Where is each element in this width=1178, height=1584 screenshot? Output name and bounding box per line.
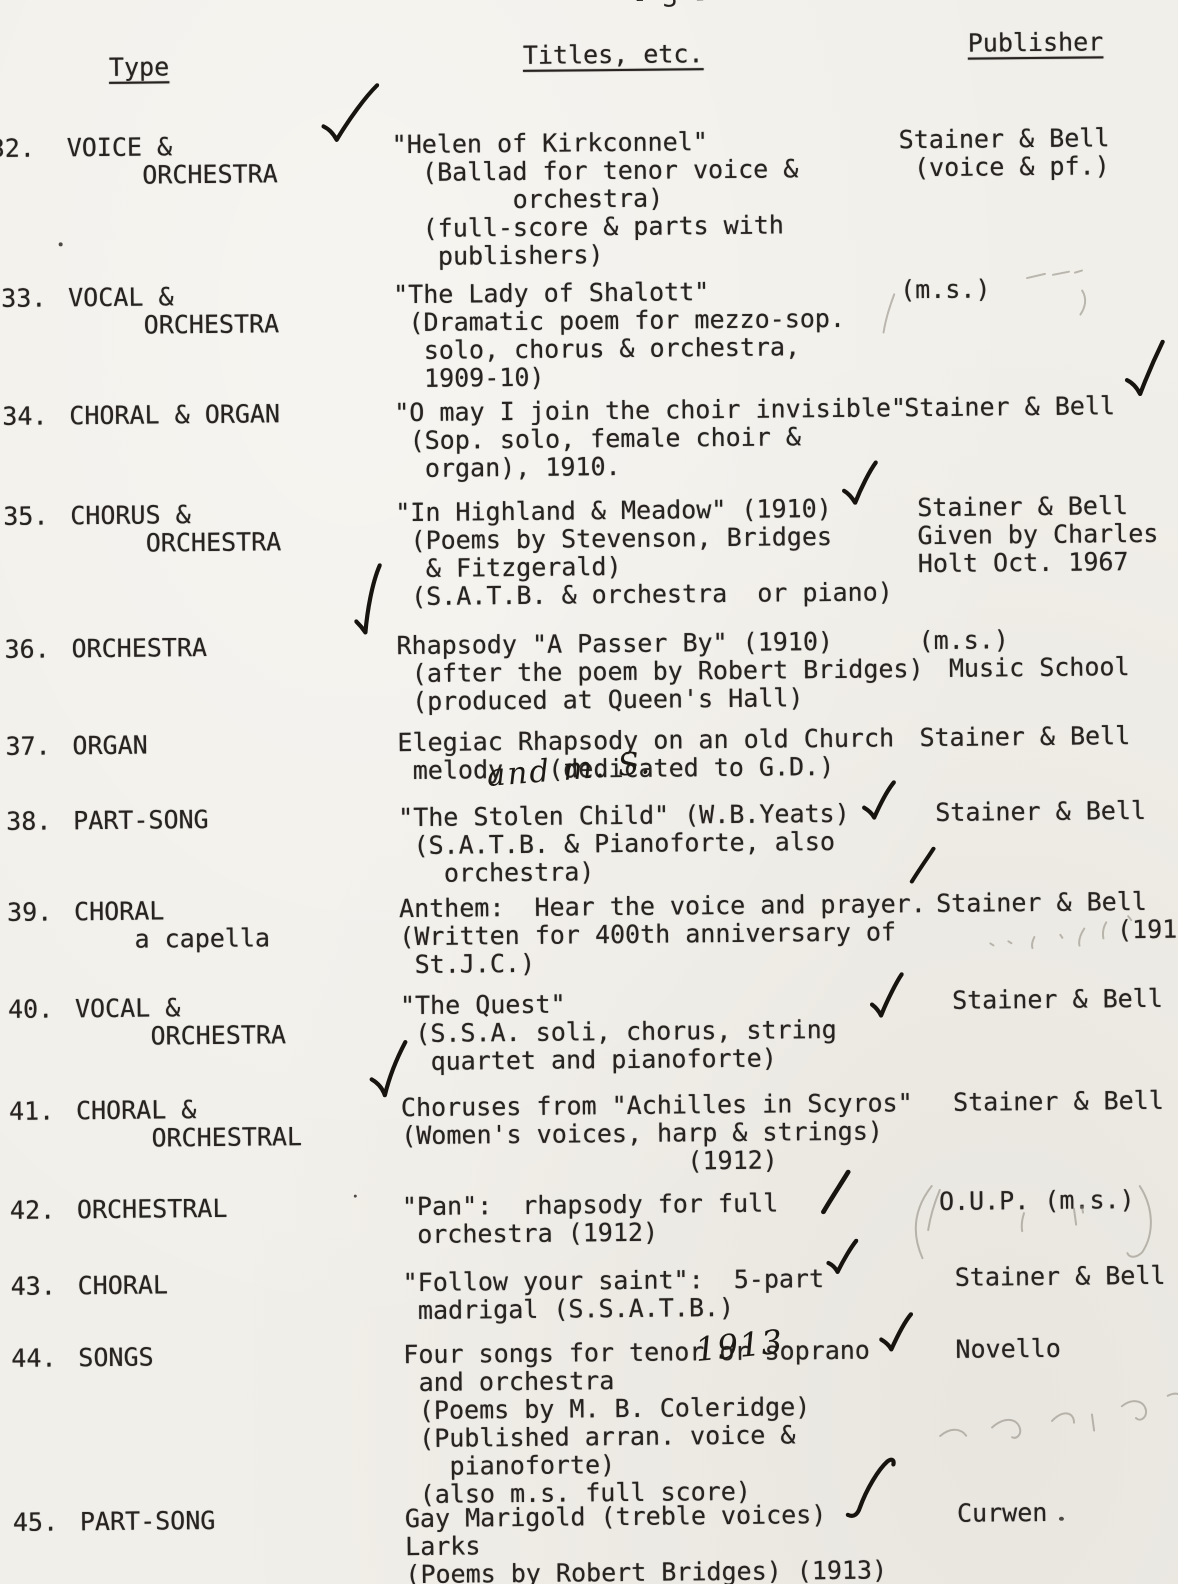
entry-type: SONGS (78, 1344, 154, 1373)
entry-publisher: Stainer & Bell (voice & pf.) (899, 124, 1110, 182)
entry-number: 33. (1, 284, 46, 312)
entry-number: 36. (4, 635, 49, 663)
checkmark-annotation-38 (862, 780, 896, 820)
entry-title: Four songs for tenor or soprano and orch… (403, 1337, 871, 1509)
page-sheet: - 3 - Type Titles, etc. Publisher 32. VO… (0, 0, 1178, 1584)
entry-number: 45. (13, 1508, 58, 1536)
column-header-type: Type (109, 53, 169, 82)
entry-number: 32. (0, 135, 35, 163)
checkmark-annotation-35 (842, 461, 878, 505)
pencil-scribble-39 (986, 910, 1141, 951)
catalog-entry-38: 38. PART-SONG "The Stolen Child" (W.B.Ye… (0, 797, 1178, 808)
entry-publisher: (m.s.) (900, 275, 991, 304)
entry-title: "Follow your saint": 5-part madrigal (S.… (403, 1265, 825, 1325)
catalog-entry-37: 37. ORGAN Elegiac Rhapsody on an old Chu… (0, 722, 1177, 733)
pencil-scribble-42 (902, 1176, 1178, 1273)
catalog-entry-34: 34. CHORAL & ORGAN "O may I join the cho… (0, 392, 1174, 403)
entry-type: ORCHESTRAL (77, 1195, 228, 1224)
entry-type: VOCAL & ORCHESTRA (68, 282, 279, 340)
entry-publisher: Stainer & Bell (907, 985, 1163, 1015)
pencil-scribble-44 (932, 1382, 1178, 1448)
handwritten-year-note: 1913 (694, 1328, 784, 1364)
checkmark-annotation-45 (844, 1456, 897, 1520)
entry-type: VOCAL & ORCHESTRA (75, 993, 286, 1051)
page-number: - 3 - (632, 0, 708, 13)
entry-type: CHORAL & ORCHESTRAL (76, 1095, 302, 1153)
entry-number: 35. (3, 502, 48, 530)
checkmark-annotation-34 (1124, 340, 1167, 396)
entry-type: CHORUS & ORCHESTRA (70, 500, 281, 558)
pencil-scribble-33c (881, 292, 897, 334)
entry-type: ORCHESTRA (71, 634, 207, 663)
paper-speck (59, 242, 63, 246)
entry-number: 37. (5, 732, 50, 760)
entry-publisher: Novello (910, 1335, 1061, 1364)
entry-publisher: Stainer & Bell (905, 797, 1146, 827)
entry-type: VOICE & ORCHESTRA (67, 132, 278, 190)
entry-title: "Pan": rhapsody for full orchestra (1912… (402, 1190, 779, 1250)
pencil-scribble-33a (1025, 269, 1085, 284)
catalog-entry-44: 44. SONGS Four songs for tenor or sopran… (5, 1334, 1178, 1345)
catalog-entry-32: 32. VOICE & ORCHESTRA "Helen of Kirkconn… (0, 124, 1172, 135)
entry-type: CHORAL (78, 1271, 169, 1300)
entry-number: 34. (2, 402, 47, 430)
column-header-publisher: Publisher (968, 28, 1104, 57)
entry-number: 44. (11, 1344, 56, 1372)
entry-number: 43. (11, 1272, 56, 1300)
checkmark-annotation-40 (870, 972, 904, 1018)
entry-title: "In Highland & Meadow" (1910) (Poems by … (395, 494, 893, 611)
catalog-entry-40: 40. VOCAL & ORCHESTRA "The Quest" (S.S.A… (2, 985, 1178, 996)
checkmark-annotation-36 (354, 563, 383, 635)
checkmark-annotation-39 (908, 846, 936, 884)
entry-publisher: (m.s.) Music School (903, 625, 1129, 683)
entry-publisher: Stainer & Bell (904, 392, 1115, 422)
entry-type: CHORAL & ORGAN (69, 400, 280, 430)
entry-publisher: Stainer & Bell Given by Charles Holt Oct… (902, 492, 1159, 578)
entry-number: 40. (8, 995, 53, 1023)
scanned-document-page: - 3 - Type Titles, etc. Publisher 32. VO… (0, 0, 1178, 1584)
catalog-entry-33: 33. VOCAL & ORCHESTRA "The Lady of Shalo… (0, 274, 1173, 285)
entry-number: 39. (7, 898, 52, 926)
entry-title: Rhapsody "A Passer By" (1910) (after the… (396, 627, 924, 716)
entry-title: Anthem: Hear the voice and prayer. (Writ… (399, 890, 927, 979)
catalog-entry-41: 41. CHORAL & ORCHESTRAL Choruses from "A… (3, 1087, 1178, 1098)
entry-number: 41. (9, 1097, 54, 1125)
entry-type: CHORAL a capella (74, 896, 270, 954)
entry-title: "The Lady of Shalott" (Dramatic poem for… (393, 277, 846, 393)
handwritten-ms-note: and m. S. (486, 749, 653, 790)
entry-publisher: Curwen (912, 1499, 1048, 1528)
paper-speck (354, 1195, 357, 1198)
entry-title: "The Quest" (S.S.A. soli, chorus, string… (400, 988, 837, 1076)
checkmark-annotation-42 (820, 1169, 852, 1215)
entry-publisher: Stainer & Bell (908, 1087, 1164, 1117)
entry-type: PART-SONG (73, 806, 209, 835)
entry-title: "O may I join the choir invisible" (Sop.… (394, 394, 907, 483)
entry-publisher: Stainer & Bell (904, 722, 1130, 752)
entry-type: PART-SONG (80, 1507, 216, 1536)
catalog-entry-39: 39. CHORAL a capella Anthem: Hear the vo… (1, 888, 1178, 899)
entry-title: Gay Marigold (treble voices) Larks (Poem… (405, 1500, 887, 1584)
checkmark-annotation-41 (368, 1039, 409, 1097)
checkmark-annotation-43 (826, 1239, 858, 1275)
entry-title: Choruses from "Achilles in Scyros" (Wome… (401, 1089, 914, 1178)
entry-title: "Helen of Kirkconnel" (Ballad for tenor … (392, 127, 800, 271)
entry-type: ORGAN (72, 732, 148, 761)
checkmark-annotation-32 (321, 83, 380, 144)
catalog-entry-35: 35. CHORUS & ORCHESTRA "In Highland & Me… (0, 492, 1175, 503)
checkmark-annotation-44 (879, 1312, 913, 1352)
entry-number: 38. (6, 807, 51, 835)
paper-speck (1059, 1517, 1064, 1521)
entry-title: "The Stolen Child" (W.B.Yeats) (S.A.T.B.… (398, 800, 850, 888)
pencil-scribble-33b (1077, 288, 1091, 316)
catalog-entry-36: 36. ORCHESTRA Rhapsody "A Passer By" (19… (0, 625, 1176, 636)
entry-number: 42. (10, 1196, 55, 1224)
column-header-titles: Titles, etc. (523, 40, 704, 70)
